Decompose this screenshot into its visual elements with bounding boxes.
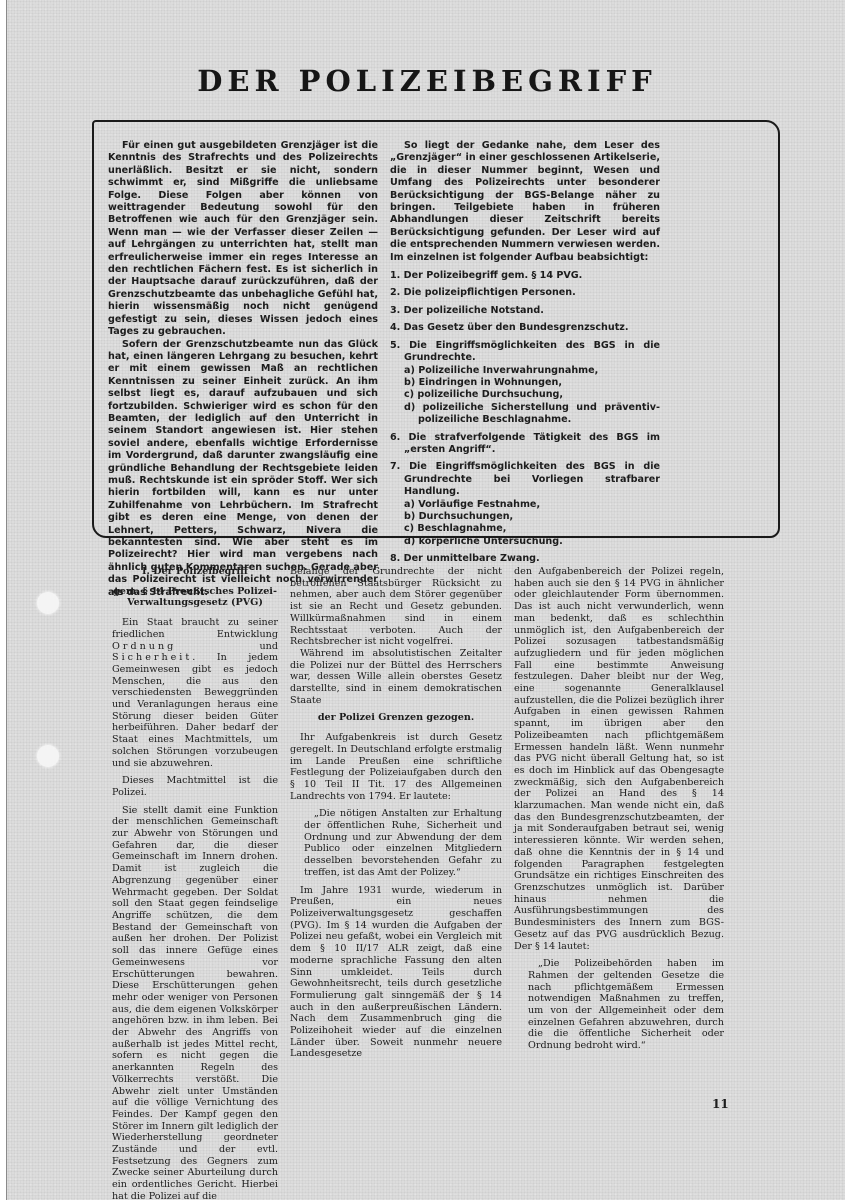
- emphasis-ordnung: Ordnung: [112, 641, 176, 652]
- outline-item: 2. Die polizeipflichtigen Personen.: [390, 287, 660, 299]
- outline-subitems: a) Polizeiliche Inverwahrungnahme, b) Ei…: [404, 365, 660, 427]
- outline-subitem: a) Vorläufige Festnahme,: [404, 499, 660, 511]
- text-run: Ein Staat braucht zu seiner friedlichen …: [112, 617, 278, 640]
- page-number: 11: [712, 1097, 729, 1111]
- article-paragraph: Ein Staat braucht zu seiner friedlichen …: [112, 617, 278, 769]
- intro-box: Für einen gut ausgebildeten Grenzjäger i…: [92, 120, 780, 538]
- outline-item: 7. Die Eingriffsmöglichkeiten des BGS in…: [390, 461, 660, 548]
- legal-quote: „Die nötigen Anstalten zur Erhaltung der…: [304, 808, 502, 878]
- outline-subitem: c) polizeiliche Durchsuchung,: [404, 389, 660, 401]
- legal-quote: „Die Polizeibehörden haben im Rahmen der…: [528, 958, 724, 1052]
- outline-subitem: a) Polizeiliche Inverwahrungnahme,: [404, 365, 660, 377]
- outline-item-label: 7. Die Eingriffsmöglichkeiten des BGS in…: [390, 461, 660, 497]
- outline-subitem: d) körperliche Untersuchung.: [404, 536, 660, 548]
- article-paragraph: Belange der Grundrechte der nicht betrof…: [290, 566, 502, 648]
- outline-subitem: b) Eindringen in Wohnungen,: [404, 377, 660, 389]
- punch-hole: [37, 592, 59, 614]
- outline-subitems: a) Vorläufige Festnahme, b) Durchsuchung…: [404, 499, 660, 549]
- outline-item: 8. Der unmittelbare Zwang.: [390, 553, 660, 565]
- article-paragraph: Im Jahre 1931 wurde, wiederum in Preußen…: [290, 885, 502, 1061]
- text-run: . In jedem Gemeinwesen gibt es jedoch Me…: [112, 652, 278, 768]
- text-run: und: [176, 641, 278, 652]
- intro-paragraph: So liegt der Gedanke nahe, dem Leser des…: [390, 140, 660, 264]
- article-paragraph: den Aufgabenbereich der Polizei regeln, …: [514, 566, 724, 952]
- article-column-2: Belange der Grundrechte der nicht betrof…: [290, 566, 502, 1060]
- emphasis-sicherheit: Sicherheit: [112, 652, 192, 663]
- intro-paragraph: Sofern der Grenzschutzbeamte nun das Glü…: [108, 339, 378, 600]
- article-paragraph: Während im absolutistischen Zeitalter di…: [290, 648, 502, 707]
- article-paragraph: Dieses Machtmittel ist die Polizei.: [112, 775, 278, 798]
- outline-item: 1. Der Polizeibegriff gem. § 14 PVG.: [390, 270, 660, 282]
- article-column-1: I. Der Polizeibegriff gem. § 14 Preußisc…: [112, 566, 278, 1200]
- article-paragraph: Ihr Aufgabenkreis ist durch Gesetz gereg…: [290, 732, 502, 802]
- outline-item: 3. Der polizeiliche Notstand.: [390, 305, 660, 317]
- article-paragraph: Sie stellt damit eine Funktion der mensc…: [112, 805, 278, 1200]
- article-column-3: den Aufgabenbereich der Polizei regeln, …: [514, 566, 724, 1058]
- outline-item: 6. Die strafverfolgende Tätigkeit des BG…: [390, 432, 660, 457]
- intro-column-right: So liegt der Gedanke nahe, dem Leser des…: [390, 140, 660, 571]
- intro-column-left: Für einen gut ausgebildeten Grenzjäger i…: [108, 140, 378, 599]
- intro-paragraph: Für einen gut ausgebildeten Grenzjäger i…: [108, 140, 378, 339]
- outline-subitem: b) Durchsuchungen,: [404, 511, 660, 523]
- series-outline: 1. Der Polizeibegriff gem. § 14 PVG. 2. …: [390, 270, 660, 566]
- outline-subitem: d) polizeiliche Sicherstellung und präve…: [404, 402, 660, 427]
- punch-hole: [37, 745, 59, 767]
- outline-item-label: 5. Die Eingriffsmöglichkeiten des BGS in…: [390, 340, 660, 363]
- inline-heading: der Polizei Grenzen gezogen.: [290, 712, 502, 724]
- page-title: DER POLIZEIBEGRIFF: [0, 64, 854, 98]
- section-subheading: gem. § 14 Preußisches Polizei-Verwaltung…: [112, 586, 278, 609]
- outline-item: 4. Das Gesetz über den Bundesgrenzschutz…: [390, 322, 660, 334]
- outline-subitem: c) Beschlagnahme,: [404, 523, 660, 535]
- outline-item: 5. Die Eingriffsmöglichkeiten des BGS in…: [390, 340, 660, 427]
- section-heading: I. Der Polizeibegriff: [112, 566, 278, 578]
